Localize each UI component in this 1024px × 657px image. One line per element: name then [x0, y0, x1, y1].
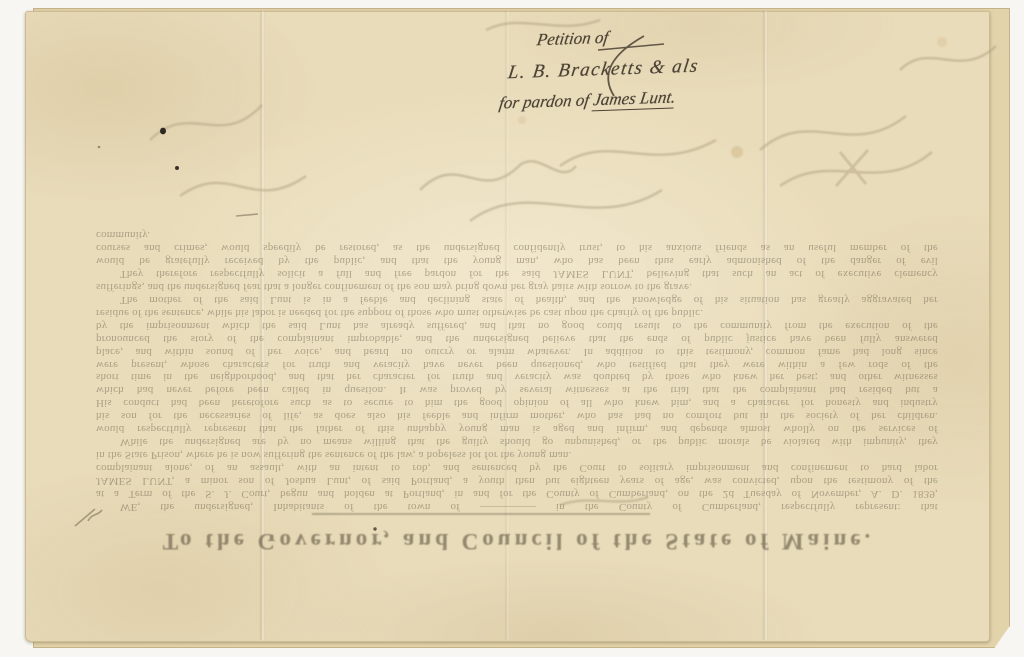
annotation-subject-prefix: for pardon of	[498, 90, 595, 112]
ghost-text-line: His conduct had been heretofore such as …	[96, 396, 938, 409]
ghost-text-line: place, and within sound of her voice, an…	[96, 345, 938, 358]
ghost-text-line: would respectfully represent that the fa…	[96, 422, 938, 435]
ghost-text-line: which had never before been called in qu…	[96, 383, 938, 396]
ghost-text-line: community.	[96, 228, 938, 241]
docket-annotation: Petition of L. B. Bracketts & als for pa…	[497, 20, 820, 113]
ghost-text-line: pronounced the story of the complainant …	[96, 332, 938, 345]
ghost-text-line: residue of the sentence, while his labor…	[96, 306, 938, 319]
ghost-text-line: sufferings, and the undersigned fear tha…	[96, 280, 938, 293]
ghost-text-line: JAMES LUNT, a minor son of Joshua Lunt, …	[96, 474, 938, 487]
ghost-text-line: at a Term of the S. J. Court, begun and …	[96, 487, 938, 500]
ghost-text-line: short time in the neighborhood, and that…	[96, 371, 938, 384]
annotation-pardon-name: James Lunt.	[592, 87, 677, 111]
ghost-text-line: courses and crimes, would speedily be re…	[96, 241, 938, 254]
ghost-text-line: WE, the undersigned, Inhabitants of the …	[96, 500, 938, 513]
showthrough-headline: To the Governor, and Council of the Stat…	[96, 522, 941, 554]
ghost-text-line: The mother of the said Lunt is in a feeb…	[96, 293, 938, 306]
ghost-text-line: in the State Prison, where he is now suf…	[96, 448, 938, 461]
ghost-text-line: While the undersigned are by no means wi…	[96, 435, 938, 448]
ghost-text-line: by the imprisonment which the said Lunt …	[96, 319, 938, 332]
showthrough-petition-body: WE, the undersigned, Inhabitants of the …	[96, 228, 938, 513]
ghost-text-line: They therefore respectfully solicit a fu…	[96, 267, 938, 280]
showthrough-blank-rule	[312, 513, 650, 515]
ghost-text-line: would be gratefully received by the publ…	[96, 254, 938, 267]
ghost-text-line: his son for the necessaries of life, as …	[96, 409, 938, 422]
ghost-text-line: were present, whose characters for truth…	[96, 358, 938, 371]
scanned-document-page: WE, the undersigned, Inhabitants of the …	[0, 0, 1024, 657]
ghost-text-line: complainant alone, of an assault, with a…	[96, 461, 938, 474]
annotation-petitioner: L. B. Bracketts & als	[507, 51, 820, 84]
